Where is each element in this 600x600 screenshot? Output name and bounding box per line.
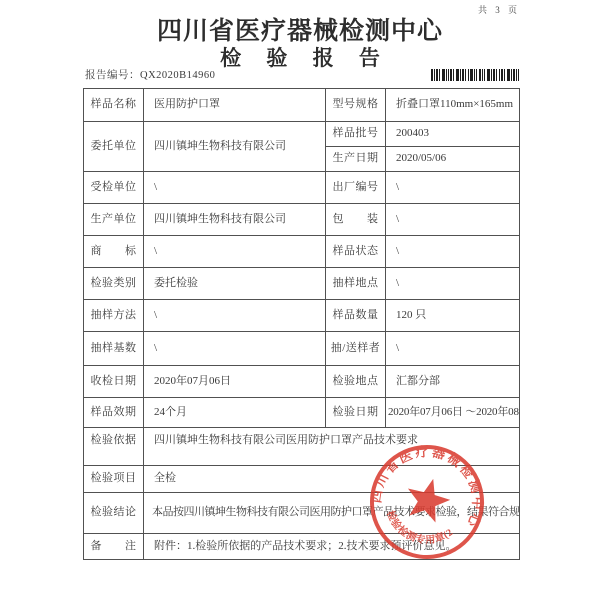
- field-label: 受检单位: [84, 172, 144, 204]
- table-row: 收检日期 2020年07月06日 检验地点 汇都分部: [84, 366, 520, 398]
- field-label: 收检日期: [84, 366, 144, 398]
- field-value: 医用防护口罩: [144, 89, 326, 122]
- field-value: 委托检验: [144, 268, 326, 300]
- table-row: 检验类别 委托检验 抽样地点 \: [84, 268, 520, 300]
- field-label: 样品批号: [326, 122, 386, 147]
- field-label: 检验类别: [84, 268, 144, 300]
- field-value: \: [144, 172, 326, 204]
- field-value: \: [386, 268, 520, 300]
- barcode: [431, 69, 519, 81]
- field-label: 样品状态: [326, 236, 386, 268]
- stamp-arc-text: 四川省医疗器械检测中心: [367, 437, 492, 532]
- field-label: 型号规格: [326, 89, 386, 122]
- table-row: 生产单位 四川镇坤生物科技有限公司 包 装 \: [84, 204, 520, 236]
- field-value: \: [386, 172, 520, 204]
- table-row: 商 标 \ 样品状态 \: [84, 236, 520, 268]
- stamp-star-icon: [401, 473, 454, 525]
- table-row: 抽样方法 \ 样品数量 120 只: [84, 300, 520, 332]
- field-value: 200403: [386, 122, 520, 147]
- field-label: 抽样方法: [84, 300, 144, 332]
- table-row: 受检单位 \ 出厂编号 \: [84, 172, 520, 204]
- field-label: 出厂编号: [326, 172, 386, 204]
- field-label: 生产单位: [84, 204, 144, 236]
- field-label: 包 装: [326, 204, 386, 236]
- field-value: \: [386, 236, 520, 268]
- svg-text:四川省医疗器械检测中心: 四川省医疗器械检测中心: [367, 437, 492, 532]
- field-label: 检验依据: [84, 428, 144, 466]
- field-label: 抽样基数: [84, 332, 144, 366]
- field-value: 2020/05/06: [386, 147, 520, 172]
- table-row: 委托单位 四川镇坤生物科技有限公司 样品批号 200403: [84, 122, 520, 147]
- field-value: \: [144, 300, 326, 332]
- field-label: 检验地点: [326, 366, 386, 398]
- report-number-value: QX2020B14960: [140, 70, 215, 81]
- table-row: 样品名称 医用防护口罩 型号规格 折叠口罩110mm×165mm: [84, 89, 520, 122]
- field-value: 四川镇坤生物科技有限公司: [144, 204, 326, 236]
- field-label: 商 标: [84, 236, 144, 268]
- field-label: 备 注: [84, 534, 144, 560]
- field-value: 24个月: [144, 398, 326, 428]
- field-value: \: [386, 204, 520, 236]
- field-label: 抽/送样者: [326, 332, 386, 366]
- field-value: \: [144, 236, 326, 268]
- field-value: 汇都分部: [386, 366, 520, 398]
- field-value: 2020年07月06日: [144, 366, 326, 398]
- field-value: \: [386, 332, 520, 366]
- table-row: 抽样基数 \ 抽/送样者 \: [84, 332, 520, 366]
- report-number: 报告编号：QX2020B14960: [85, 67, 215, 82]
- field-value: 2020年07月06日 ～2020年08月04日: [386, 398, 520, 428]
- field-value: 120 只: [386, 300, 520, 332]
- report-page: 共 3 页 四川省医疗器械检测中心 检 验 报 告 报告编号：QX2020B14…: [0, 0, 600, 600]
- field-label: 检验项目: [84, 466, 144, 493]
- report-number-label: 报告编号：: [85, 70, 140, 81]
- field-label: 抽样地点: [326, 268, 386, 300]
- field-label: 样品数量: [326, 300, 386, 332]
- field-value: \: [144, 332, 326, 366]
- official-seal-stamp: 四川省医疗器械检测中心 检验检测专用章(2): [362, 437, 492, 567]
- field-label: 生产日期: [326, 147, 386, 172]
- field-label: 检验结论: [84, 493, 144, 534]
- field-label: 委托单位: [84, 122, 144, 172]
- field-value: 四川镇坤生物科技有限公司: [144, 122, 326, 172]
- table-row: 样品效期 24个月 检验日期 2020年07月06日 ～2020年08月04日: [84, 398, 520, 428]
- field-label: 检验日期: [326, 398, 386, 428]
- field-label: 样品名称: [84, 89, 144, 122]
- field-label: 样品效期: [84, 398, 144, 428]
- field-value: 折叠口罩110mm×165mm: [386, 89, 520, 122]
